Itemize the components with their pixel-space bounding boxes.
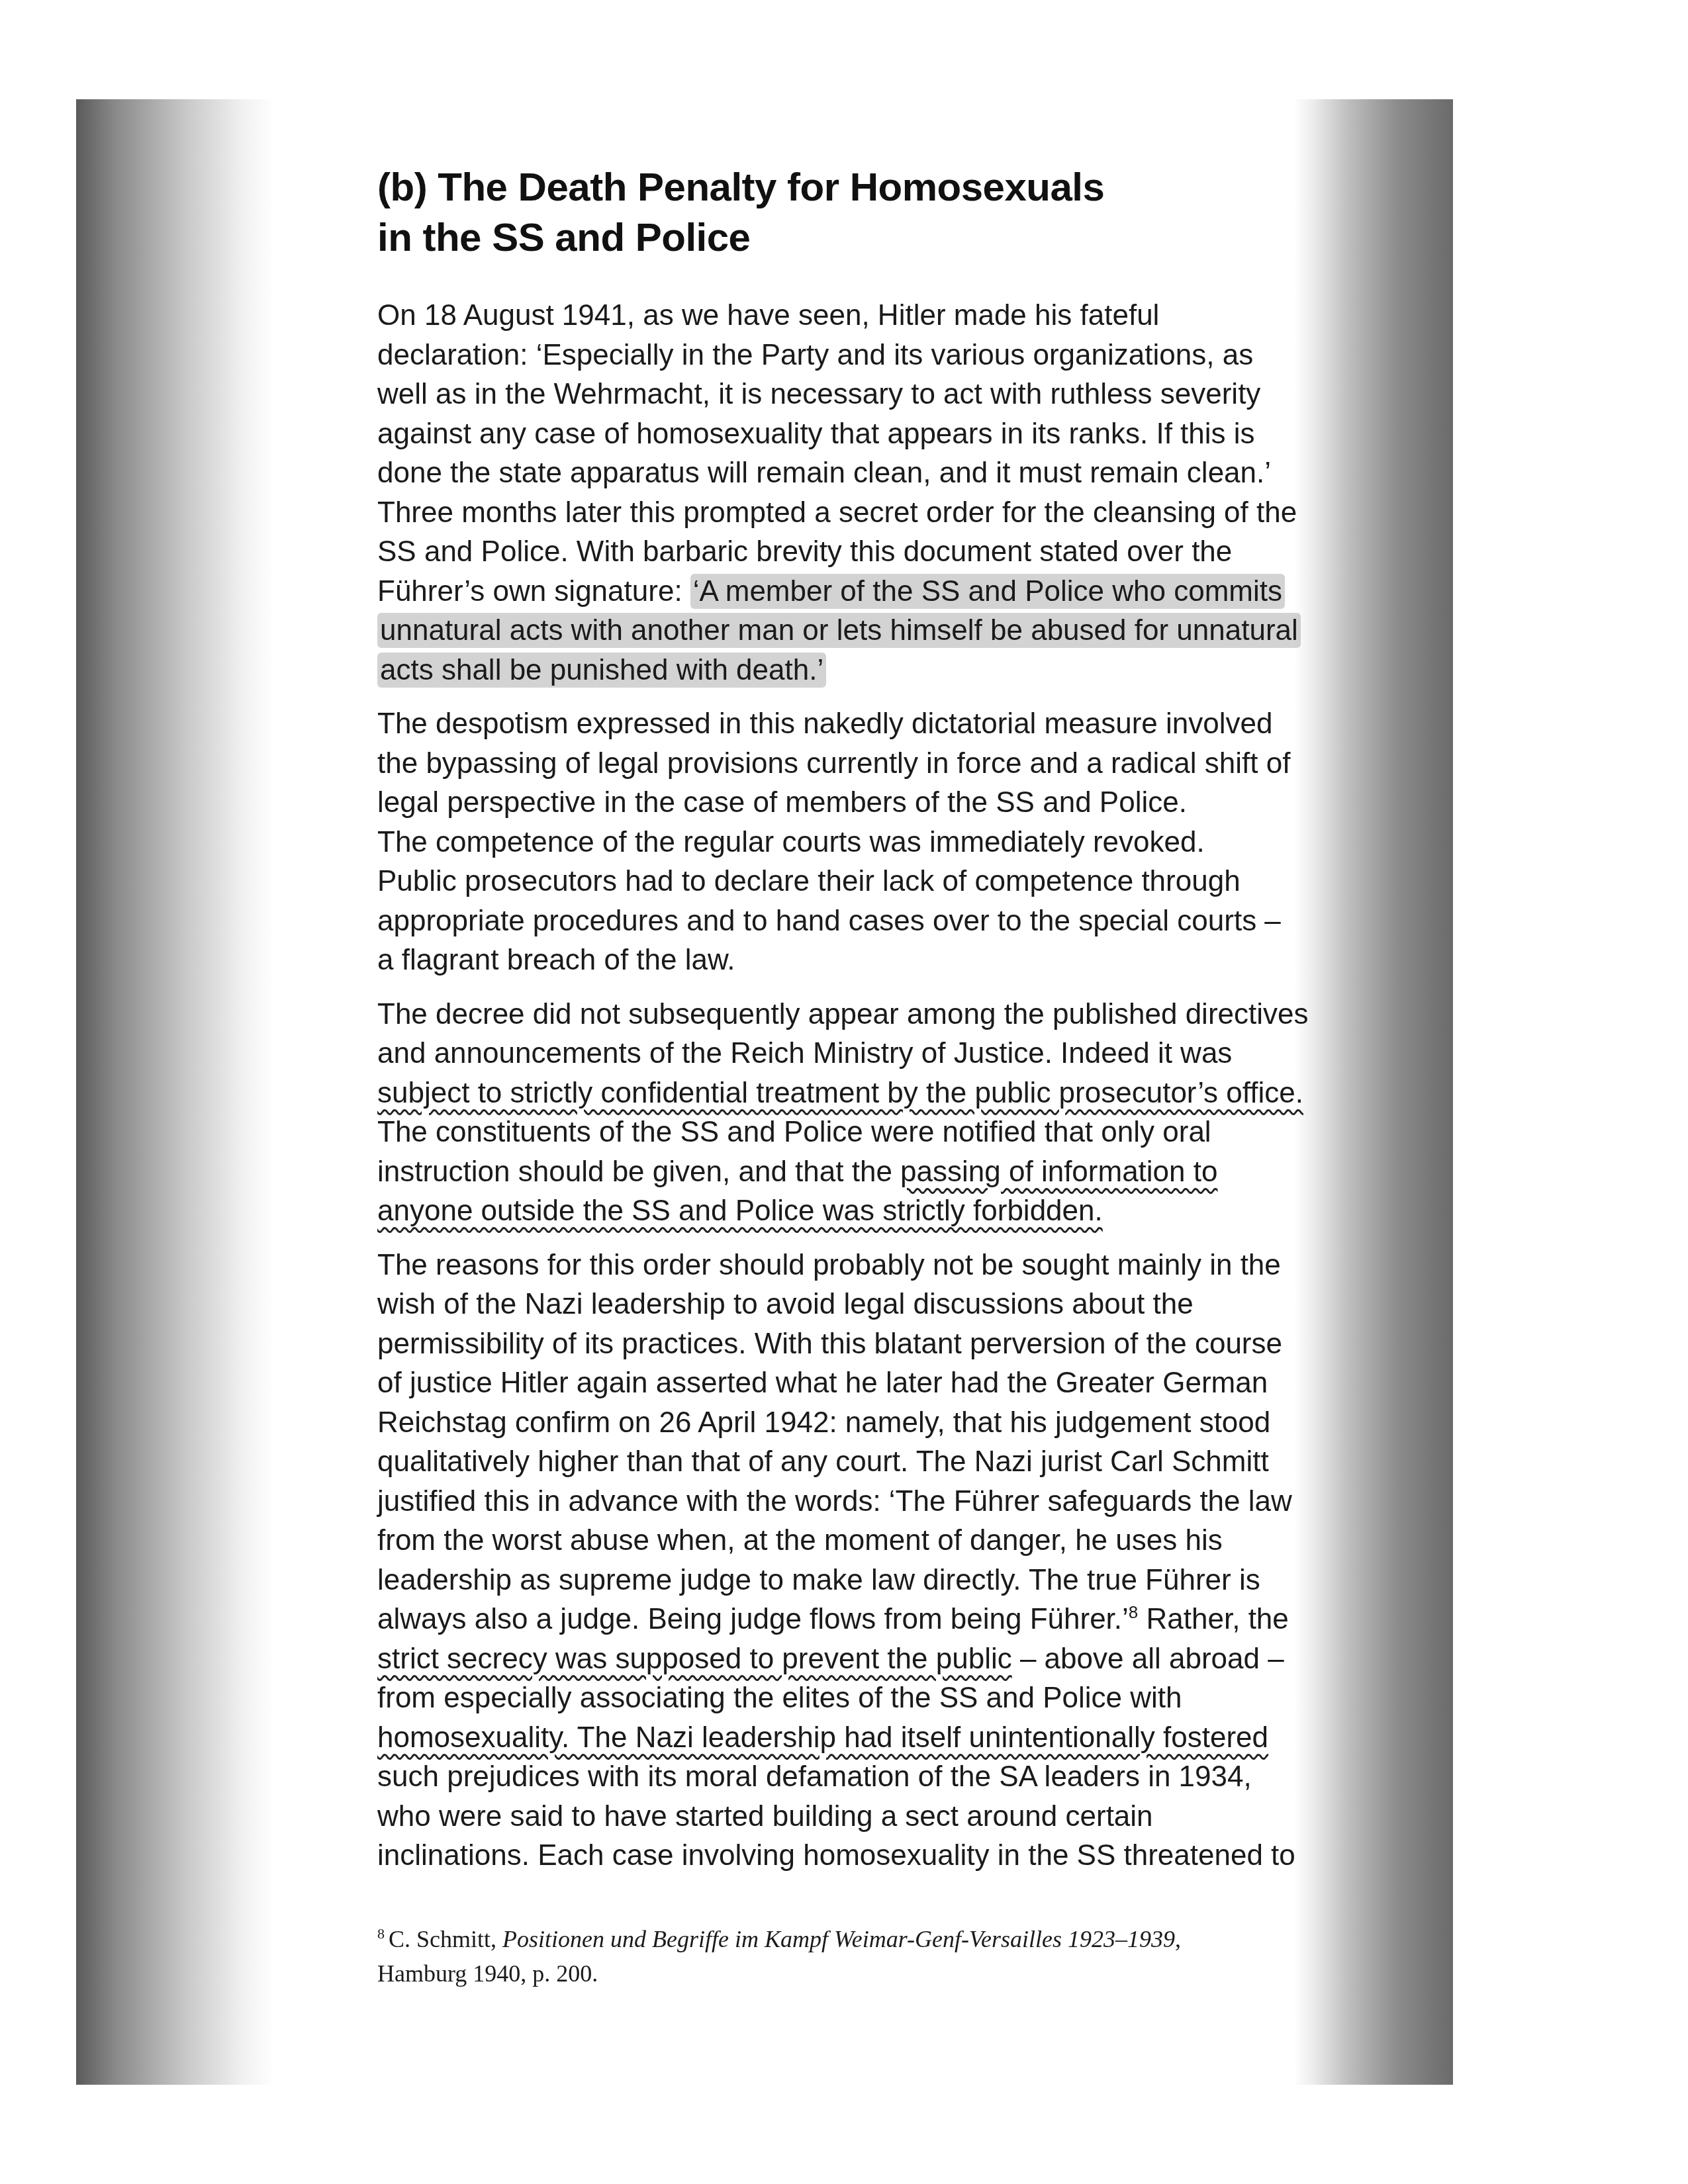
paragraph-despotism: The despotism expressed in this nakedly … [377, 704, 1397, 980]
pen-underlined-line: subject to strictly confidential treatme… [377, 1073, 1397, 1113]
pen-underlined-line: anyone outside the SS and Police was str… [377, 1191, 1397, 1231]
pen-underlined-fragment: strict secrecy was supposed to prevent t… [377, 1643, 1012, 1675]
text-line: On 18 August 1941, as we have seen, Hitl… [377, 296, 1397, 336]
text-line: wish of the Nazi leadership to avoid leg… [377, 1285, 1397, 1324]
text-line: who were said to have started building a… [377, 1797, 1397, 1837]
text-line: qualitatively higher than that of any co… [377, 1442, 1397, 1482]
pen-underlined-line: homosexuality. The Nazi leadership had i… [377, 1718, 1397, 1758]
text-line: SS and Police. With barbaric brevity thi… [377, 532, 1397, 572]
text-fragment: always also a judge. Being judge flows f… [377, 1603, 1129, 1635]
highlighted-quote: ‘A member of the SS and Police who commi… [690, 574, 1285, 609]
text-line: Public prosecutors had to declare their … [377, 862, 1397, 901]
text-line: The competence of the regular courts was… [377, 823, 1397, 862]
text-line: from the worst abuse when, at the moment… [377, 1521, 1397, 1561]
text-line: done the state apparatus will remain cle… [377, 453, 1397, 493]
text-line: acts shall be punished with death.’ [377, 651, 1397, 690]
text-line: strict secrecy was supposed to prevent t… [377, 1639, 1397, 1679]
text-fragment: Rather, the [1138, 1603, 1288, 1635]
footnote-number: 8 [377, 1925, 385, 1942]
footnote-line: 8C. Schmitt, Positionen und Begriffe im … [377, 1922, 1453, 1956]
footnote: 8C. Schmitt, Positionen und Begriffe im … [377, 1922, 1453, 1991]
highlighted-quote: unnatural acts with another man or lets … [377, 613, 1301, 648]
text-line: the bypassing of legal provisions curren… [377, 744, 1397, 784]
paragraph-decree-secrecy: The decree did not subsequently appear a… [377, 995, 1397, 1231]
text-line: inclinations. Each case involving homose… [377, 1836, 1397, 1876]
footnote-title: Positionen und Begriffe im Kampf Weimar-… [502, 1926, 1175, 1952]
text-line: well as in the Wehrmacht, it is necessar… [377, 375, 1397, 414]
text-line: of justice Hitler again asserted what he… [377, 1363, 1397, 1403]
text-line: such prejudices with its moral defamatio… [377, 1757, 1397, 1797]
scan-gutter-shadow-left [76, 99, 275, 2085]
text-line: a flagrant breach of the law. [377, 940, 1397, 980]
text-line: declaration: ‘Especially in the Party an… [377, 336, 1397, 375]
text-line: Reichstag confirm on 26 April 1942: name… [377, 1403, 1397, 1443]
scanned-page: (b) The Death Penalty for Homosexuals in… [76, 99, 1453, 2085]
footnote-line: Hamburg 1940, p. 200. [377, 1956, 1453, 1991]
text-line: permissibility of its practices. With th… [377, 1324, 1397, 1364]
text-line: The decree did not subsequently appear a… [377, 995, 1397, 1034]
text-line: The reasons for this order should probab… [377, 1246, 1397, 1285]
text-line: instruction should be given, and that th… [377, 1152, 1397, 1192]
text-line: legal perspective in the case of members… [377, 783, 1397, 823]
heading-line: in the SS and Police [377, 212, 1453, 263]
text-line: The constituents of the SS and Police we… [377, 1113, 1397, 1152]
section-heading: (b) The Death Penalty for Homosexuals in… [377, 162, 1453, 263]
text-line: Führer’s own signature: ‘A member of the… [377, 572, 1397, 612]
text-line: The despotism expressed in this nakedly … [377, 704, 1397, 744]
text-line: always also a judge. Being judge flows f… [377, 1600, 1397, 1639]
highlighted-quote: acts shall be punished with death.’ [377, 653, 826, 688]
paragraph-hitler-declaration: On 18 August 1941, as we have seen, Hitl… [377, 296, 1397, 690]
footnote-author: C. Schmitt, [389, 1926, 502, 1952]
text-fragment: instruction should be given, and that th… [377, 1156, 900, 1188]
text-line: appropriate procedures and to hand cases… [377, 901, 1397, 941]
pen-underlined-fragment: passing of information to [900, 1156, 1217, 1188]
page-content: (b) The Death Penalty for Homosexuals in… [377, 162, 1453, 1991]
text-line: Three months later this prompted a secre… [377, 493, 1397, 533]
text-fragment: Führer’s own signature: [377, 575, 690, 608]
text-line: leadership as supreme judge to make law … [377, 1561, 1397, 1600]
text-line: from especially associating the elites o… [377, 1678, 1397, 1718]
heading-line: (b) The Death Penalty for Homosexuals [377, 162, 1453, 212]
text-line: justified this in advance with the words… [377, 1482, 1397, 1522]
paragraph-reasons: The reasons for this order should probab… [377, 1246, 1397, 1876]
text-line: unnatural acts with another man or lets … [377, 611, 1397, 651]
text-fragment: – above all abroad – [1012, 1643, 1284, 1675]
text-line: and announcements of the Reich Ministry … [377, 1034, 1397, 1073]
footnote-punct: , [1175, 1926, 1181, 1952]
footnote-reference[interactable]: 8 [1129, 1602, 1138, 1622]
text-line: against any case of homosexuality that a… [377, 414, 1397, 454]
